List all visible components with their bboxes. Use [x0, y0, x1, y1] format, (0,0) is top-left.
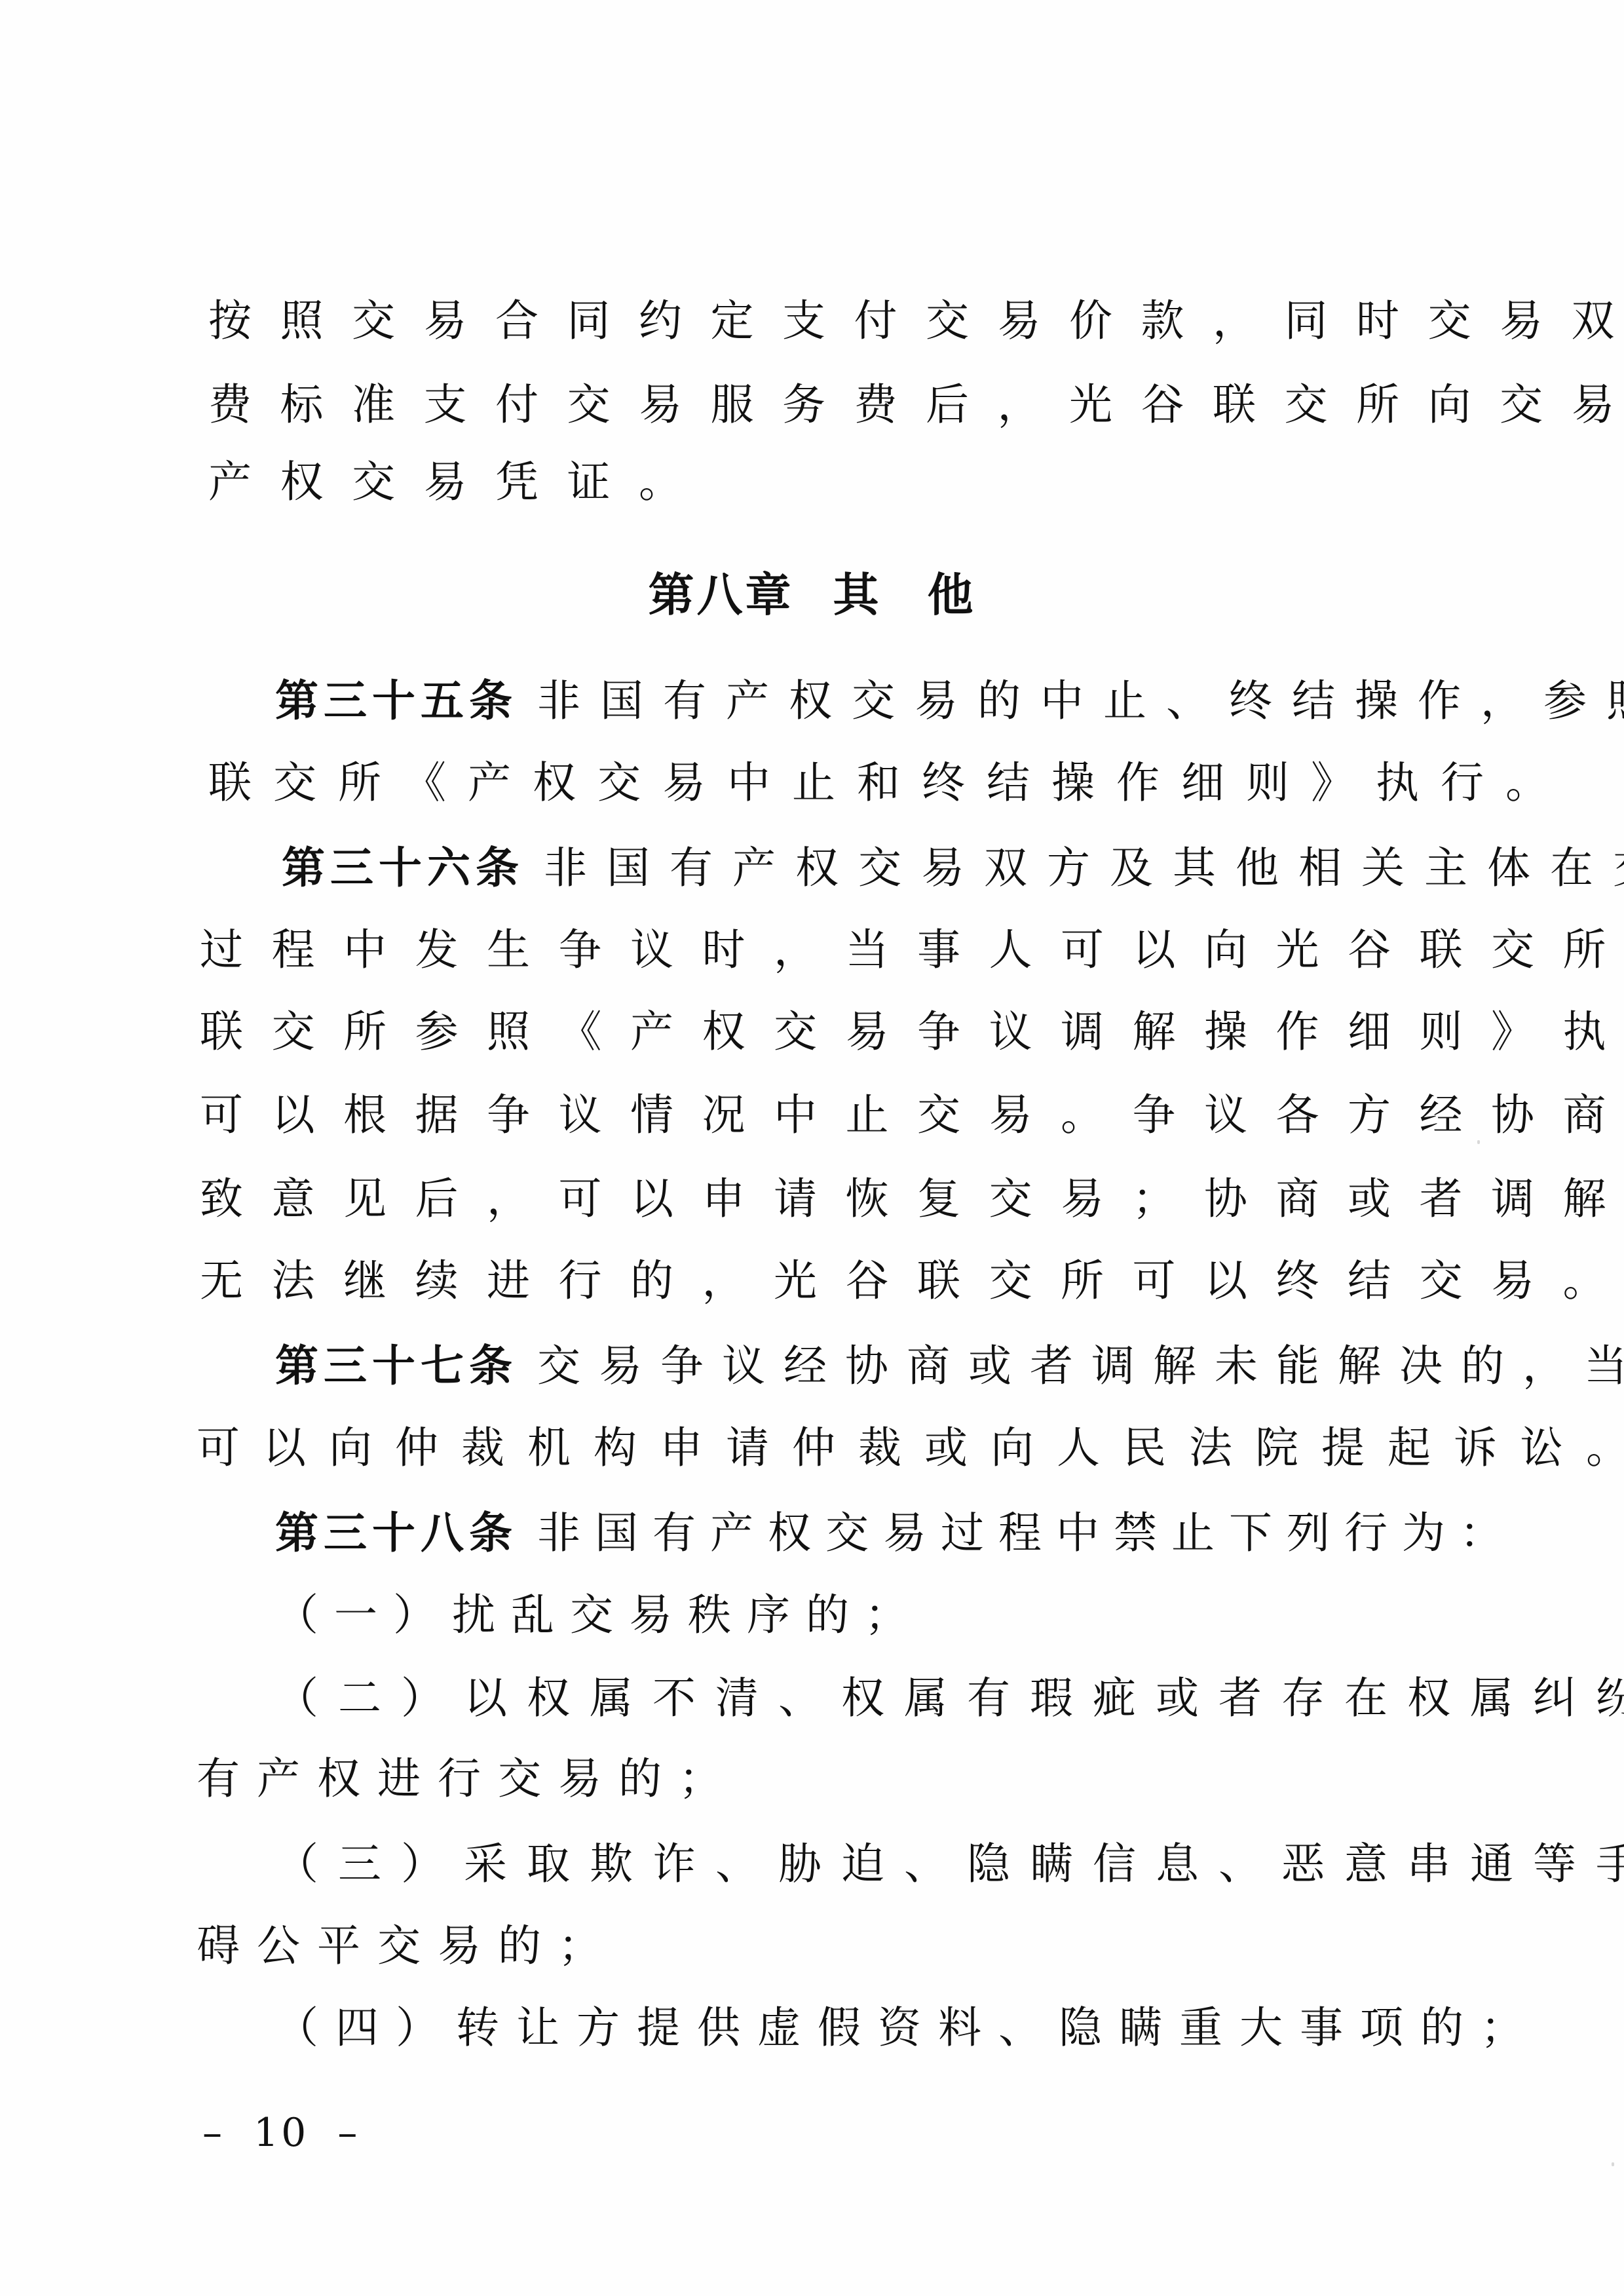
article-label: 第三十八条: [275, 1508, 518, 1558]
article-35-first-line: 第三十五条非国有产权交易的中止、终结操作，参照光谷: [275, 662, 1394, 740]
paragraph-line: 按照交易合同约定支付交易价款，同时交易双方按照约定的收: [208, 282, 1394, 360]
chapter-title-part: 他: [928, 568, 976, 622]
list-item-3: （三）采取欺诈、胁迫、隐瞒信息、恶意串通等手段，妨: [275, 1825, 1394, 1904]
article-text: 非国有产权交易的中止、终结操作，参照光谷: [537, 676, 1624, 726]
document-page: 按照交易合同约定支付交易价款，同时交易双方按照约定的收 费标准支付交易服务费后，…: [0, 0, 1624, 2296]
scan-artifact: [1477, 1140, 1480, 1144]
page-number-dash: –: [202, 2100, 225, 2166]
paragraph-line: 产权交易凭证。: [208, 443, 1394, 522]
article-text: 非国有产权交易过程中禁止下列行为：: [537, 1508, 1517, 1558]
article-label: 第三十五条: [275, 676, 518, 726]
list-item-4: （四）转让方提供虚假资料、隐瞒重大事项的；: [275, 1989, 1394, 2067]
paragraph-line: 可以根据争议情况中止交易。争议各方经协商或者调解达成一: [200, 1076, 1386, 1155]
page-number-value: 10: [254, 2110, 309, 2156]
scan-artifact: [1612, 2162, 1614, 2166]
paragraph-line: 联交所《产权交易中止和终结操作细则》执行。: [208, 744, 1394, 822]
paragraph-line: 致意见后，可以申请恢复交易；协商或者调解无效，致使交易: [200, 1160, 1386, 1238]
chapter-number: 第八章: [649, 568, 794, 622]
article-text: 非国有产权交易双方及其他相关主体在交易: [544, 843, 1624, 893]
list-item-3-continuation: 碍公平交易的；: [197, 1907, 1382, 1985]
chapter-title-part: 其: [833, 568, 882, 622]
article-36-first-line: 第三十六条非国有产权交易双方及其他相关主体在交易: [282, 829, 1401, 908]
paragraph-line: 费标准支付交易服务费后，光谷联交所向交易双方出具非国有: [208, 366, 1394, 444]
paragraph-line: 无法继续进行的，光谷联交所可以终结交易。: [200, 1242, 1386, 1320]
chapter-heading: 第八章其他: [0, 556, 1624, 634]
list-item-1: （一）扰乱交易秩序的；: [275, 1576, 1394, 1655]
article-label: 第三十六条: [282, 843, 524, 893]
article-37-first-line: 第三十七条交易争议经协商或者调解未能解决的，当事人: [275, 1327, 1394, 1406]
list-item-2-continuation: 有产权进行交易的；: [197, 1740, 1382, 1818]
paragraph-line: 过程中发生争议时，当事人可以向光谷联交所申请调解，光谷: [200, 911, 1386, 989]
article-text: 交易争议经协商或者调解未能解决的，当事人: [537, 1341, 1624, 1391]
page-number: –10–: [174, 2100, 388, 2166]
article-label: 第三十七条: [275, 1341, 518, 1391]
article-38-first-line: 第三十八条非国有产权交易过程中禁止下列行为：: [275, 1494, 1394, 1573]
paragraph-line: 可以向仲裁机构申请仲裁或向人民法院提起诉讼。: [197, 1409, 1382, 1487]
page-number-dash: –: [337, 2100, 360, 2166]
paragraph-line: 联交所参照《产权交易争议调解操作细则》执行。光谷联交所: [200, 993, 1386, 1071]
list-item-2: （二）以权属不清、权属有瑕疵或者存在权属纠纷的非国: [275, 1659, 1394, 1738]
